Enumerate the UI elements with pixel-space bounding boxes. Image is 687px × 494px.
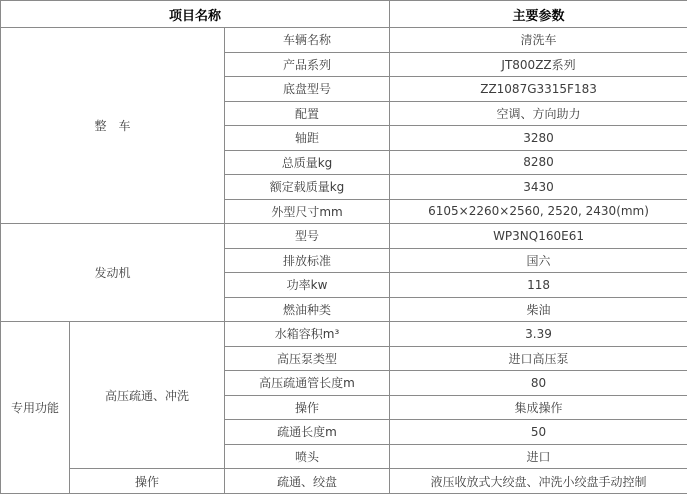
row-value-cell: 集成操作: [390, 395, 687, 420]
row-value-cell: JT800ZZ系列: [390, 52, 687, 77]
row-label-cell: 操作: [225, 395, 390, 420]
row-label-cell: 燃油种类: [225, 297, 390, 322]
row-value-cell: WP3NQ160E61: [390, 224, 687, 249]
table-row: 操作 疏通、绞盘 液压收放式大绞盘、冲洗小绞盘手动控制: [1, 469, 687, 494]
category-cell-engine: 发动机: [1, 224, 225, 322]
row-value-cell: 进口: [390, 444, 687, 469]
spec-sheet-page: 项目名称 主要参数 整 车 车辆名称 清洗车 产品系列 JT800ZZ系列 底盘…: [0, 0, 687, 494]
row-label-cell: 外型尺寸mm: [225, 199, 390, 224]
row-value-cell: 50: [390, 420, 687, 445]
row-label-cell: 总质量kg: [225, 150, 390, 175]
row-label-cell: 轴距: [225, 126, 390, 151]
table-row: 发动机 型号 WP3NQ160E61: [1, 224, 687, 249]
category-cell-special-functions: 专用功能: [1, 322, 70, 494]
row-value-cell: 液压收放式大绞盘、冲洗小绞盘手动控制: [390, 469, 687, 494]
vehicle-spec-table: 项目名称 主要参数 整 车 车辆名称 清洗车 产品系列 JT800ZZ系列 底盘…: [0, 0, 687, 494]
row-value-cell: 3.39: [390, 322, 687, 347]
header-item-name: 项目名称: [1, 1, 390, 28]
row-label-cell: 型号: [225, 224, 390, 249]
row-value-cell: 80: [390, 371, 687, 396]
row-value-cell: 清洗车: [390, 28, 687, 53]
row-label-cell: 功率kw: [225, 273, 390, 298]
row-label-cell: 疏通、绞盘: [225, 469, 390, 494]
row-label-cell: 额定载质量kg: [225, 175, 390, 200]
row-value-cell: 柴油: [390, 297, 687, 322]
row-label-cell: 配置: [225, 101, 390, 126]
subgroup-cell-operation: 操作: [70, 469, 225, 494]
subgroup-cell-high-pressure-dredge-wash: 高压疏通、冲洗: [70, 322, 225, 469]
row-value-cell: 空调、方向助力: [390, 101, 687, 126]
row-label-cell: 产品系列: [225, 52, 390, 77]
row-label-cell: 排放标准: [225, 248, 390, 273]
row-label-cell: 水箱容积m³: [225, 322, 390, 347]
row-value-cell: 进口高压泵: [390, 346, 687, 371]
row-value-cell: ZZ1087G3315F183: [390, 77, 687, 102]
row-label-cell: 车辆名称: [225, 28, 390, 53]
category-cell-whole-vehicle: 整 车: [1, 28, 225, 224]
row-label-cell: 高压泵类型: [225, 346, 390, 371]
row-label-cell: 高压疏通管长度m: [225, 371, 390, 396]
table-header-row: 项目名称 主要参数: [1, 1, 687, 28]
table-row: 专用功能 高压疏通、冲洗 水箱容积m³ 3.39: [1, 322, 687, 347]
row-label-cell: 底盘型号: [225, 77, 390, 102]
table-row: 整 车 车辆名称 清洗车: [1, 28, 687, 53]
row-value-cell: 3430: [390, 175, 687, 200]
row-value-cell: 3280: [390, 126, 687, 151]
row-value-cell: 8280: [390, 150, 687, 175]
row-value-cell: 118: [390, 273, 687, 298]
row-value-cell: 国六: [390, 248, 687, 273]
row-label-cell: 喷头: [225, 444, 390, 469]
header-main-params: 主要参数: [390, 1, 687, 28]
row-value-cell: 6105×2260×2560, 2520, 2430(mm): [390, 199, 687, 224]
row-label-cell: 疏通长度m: [225, 420, 390, 445]
